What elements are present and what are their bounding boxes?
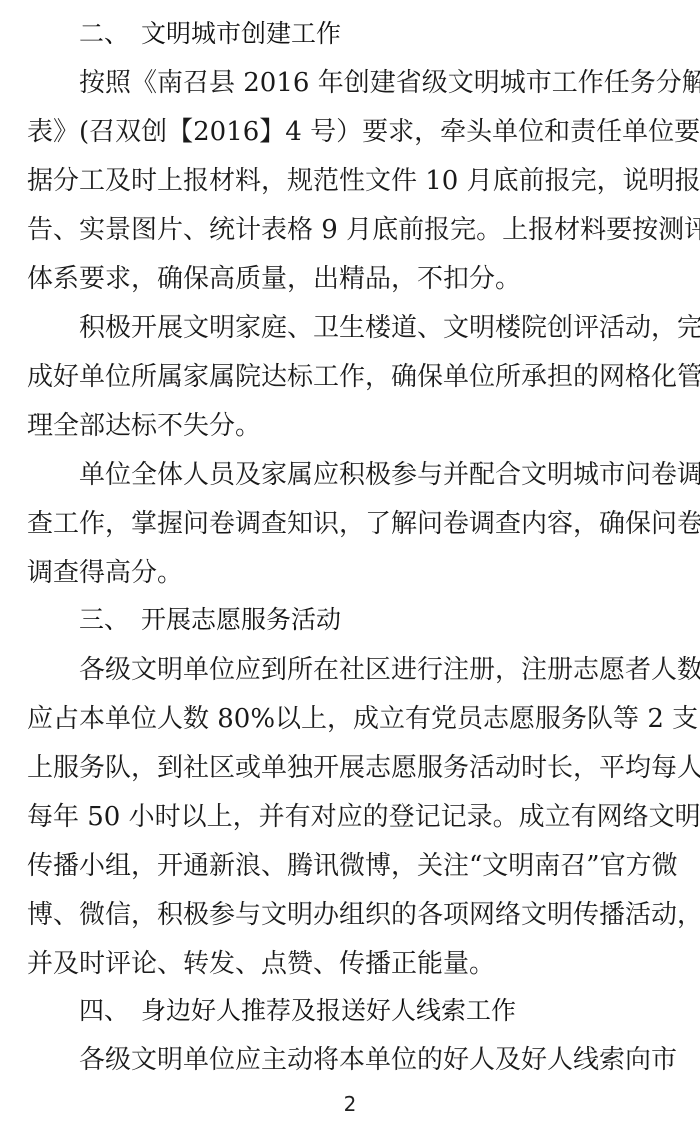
paragraph-line: 上服务队，到社区或单独开展志愿服务活动时长，平均每人 <box>27 748 668 788</box>
paragraph-line: 查工作，掌握问卷调查知识，了解问卷调查内容，确保问卷 <box>27 504 668 544</box>
paragraph-line: 每年 50 小时以上，并有对应的登记记录。成立有网络文明 <box>27 797 668 837</box>
paragraph-line: 调查得高分。 <box>27 553 668 593</box>
section-number: 三、 <box>79 600 141 640</box>
paragraph-line: 据分工及时上报材料，规范性文件 10 月底前报完，说明报 <box>27 161 668 201</box>
paragraph-line: 博、微信，积极参与文明办组织的各项网络文明传播活动， <box>27 895 668 935</box>
paragraph-line: 各级文明单位应到所在社区进行注册，注册志愿者人数 <box>79 650 668 690</box>
section-title: 开展志愿服务活动 <box>141 605 341 634</box>
section-title: 文明城市创建工作 <box>141 19 341 48</box>
paragraph-line: 表》(召双创【2016】4 号）要求，牵头单位和责任单位要依 <box>27 112 668 152</box>
paragraph-line: 按照《南召县 2016 年创建省级文明城市工作任务分解 <box>79 63 668 103</box>
paragraph-line: 应占本单位人数 80%以上，成立有党员志愿服务队等 2 支以 <box>27 699 668 739</box>
paragraph-line: 告、实景图片、统计表格 9 月底前报完。上报材料要按测评 <box>27 210 668 250</box>
section-number: 二、 <box>79 14 141 54</box>
section-heading: 二、文明城市创建工作 <box>79 14 341 54</box>
paragraph-line: 理全部达标不失分。 <box>27 406 668 446</box>
paragraph-line: 传播小组，开通新浪、腾讯微博，关注“文明南召”官方微 <box>27 846 668 886</box>
section-heading: 三、开展志愿服务活动 <box>79 600 341 640</box>
paragraph-line: 体系要求，确保高质量，出精品，不扣分。 <box>27 259 668 299</box>
section-number: 四、 <box>79 991 141 1031</box>
section-heading: 四、身边好人推荐及报送好人线索工作 <box>79 991 516 1031</box>
section-title: 身边好人推荐及报送好人线索工作 <box>141 996 516 1025</box>
paragraph-line: 并及时评论、转发、点赞、传播正能量。 <box>27 944 668 984</box>
page-number: 2 <box>0 1092 700 1116</box>
paragraph-line: 积极开展文明家庭、卫生楼道、文明楼院创评活动，完 <box>79 308 668 348</box>
paragraph-line: 各级文明单位应主动将本单位的好人及好人线索向市 <box>79 1040 668 1080</box>
paragraph-line: 成好单位所属家属院达标工作，确保单位所承担的网格化管 <box>27 357 668 397</box>
paragraph-line: 单位全体人员及家属应积极参与并配合文明城市问卷调 <box>79 455 668 495</box>
